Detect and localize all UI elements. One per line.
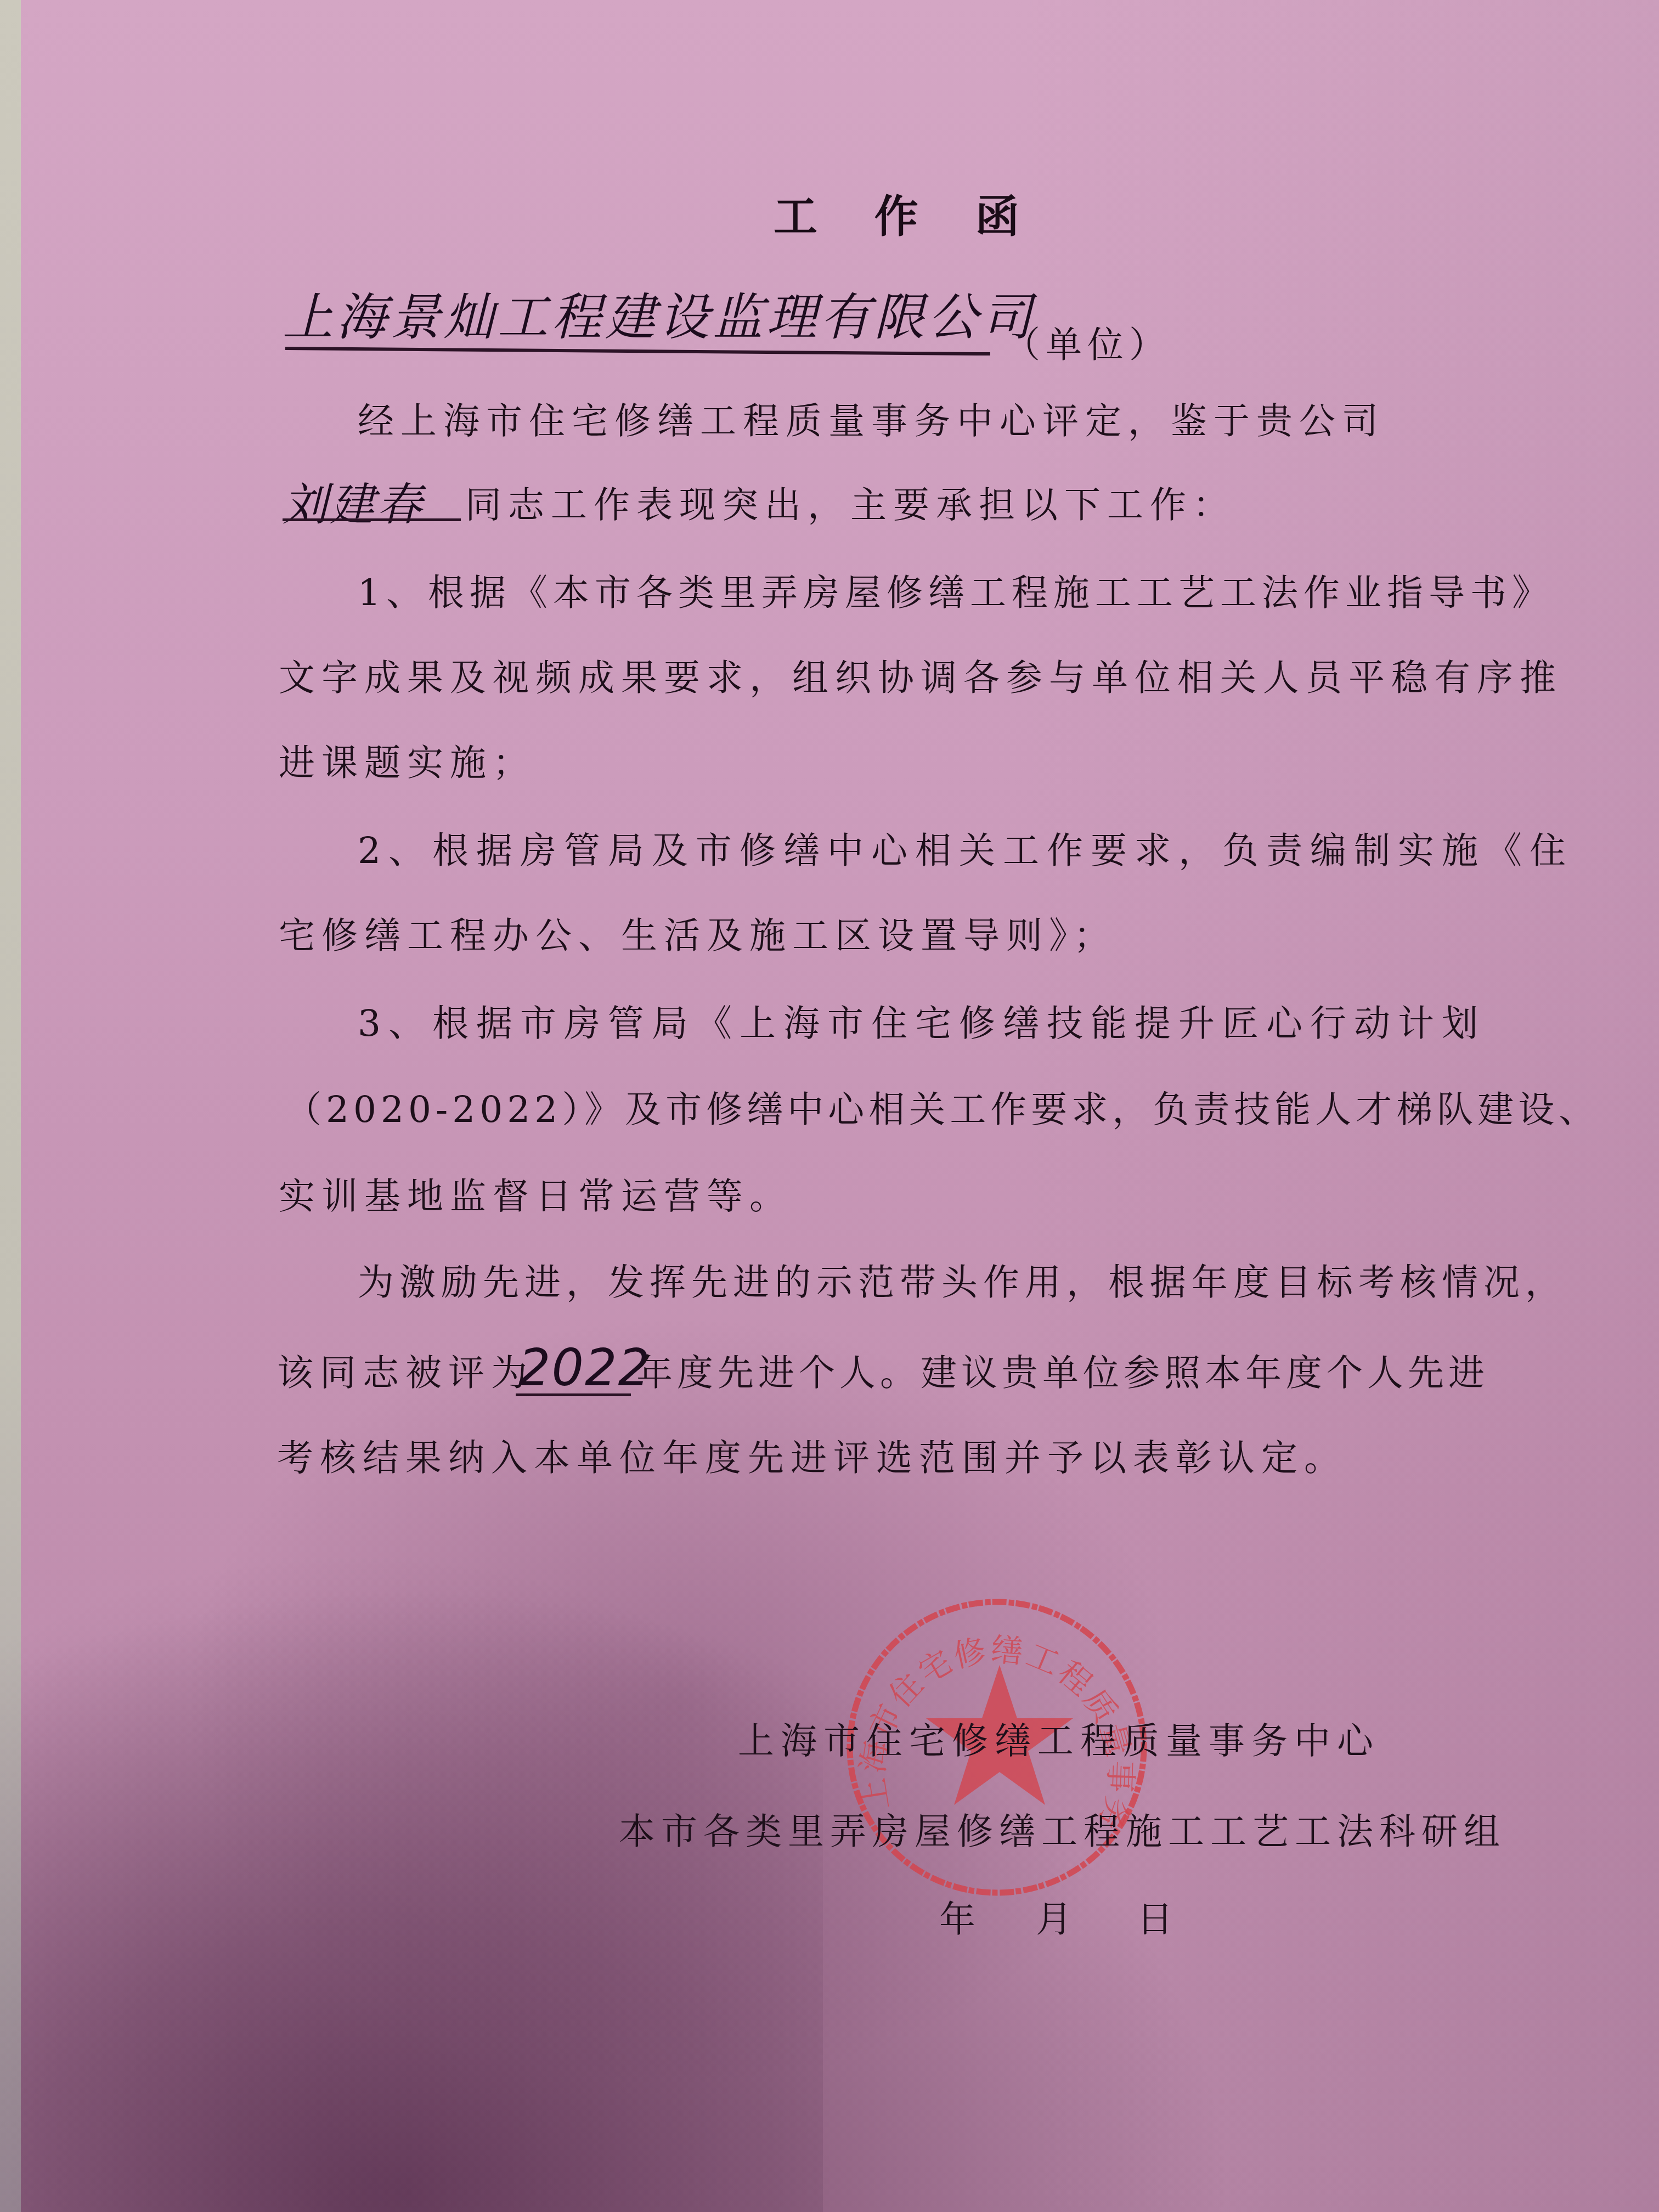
item-3-line-2: （2020-2022）》及市修缮中心相关工作要求，负责技能人才梯队建设、 — [285, 1092, 1599, 1128]
award-year-handwritten: 2022 — [518, 1339, 651, 1397]
intro-line-1: 经上海市住宅修缮工程质量事务中心评定，鉴于贵公司 — [358, 403, 1385, 439]
item-1-line-2: 文字成果及视频成果要求，组织协调各参与单位相关人员平稳有序推 — [279, 660, 1562, 696]
person-name-handwritten: 刘建春 — [283, 469, 424, 533]
date-year-label: 年 — [939, 1890, 975, 1942]
item-3-line-3: 实训基地监督日常运营等。 — [279, 1178, 792, 1215]
signature-org-2: 本市各类里弄房屋修缮工程施工工艺工法科研组 — [619, 1802, 1506, 1854]
item-2-line-2: 宅修缮工程办公、生活及施工区设置导则》； — [279, 918, 1116, 954]
signature-org-1: 上海市住宅修缮工程质量事务中心 — [738, 1712, 1380, 1764]
date-month-label: 月 — [1036, 1890, 1072, 1942]
unit-label: （单位） — [1004, 315, 1171, 368]
conclusion-line-1: 为激励先进，发挥先进的示范带头作用，根据年度目标考核情况， — [358, 1265, 1567, 1301]
recipient-company-handwritten: 上海景灿工程建设监理有限公司 — [283, 277, 1035, 349]
item-1-line-1: 1、根据《本市各类里弄房屋修缮工程施工工艺工法作业指导书》 — [358, 575, 1554, 611]
intro-line-2: 同志工作表现突出，主要承担以下工作： — [465, 487, 1235, 523]
award-year-underline — [516, 1393, 631, 1396]
item-3-line-1: 3、根据市房管局《上海市住宅修缮技能提升匠心行动计划 — [358, 1006, 1486, 1042]
background-surface-strip — [0, 0, 21, 2212]
conclusion-line-2-suffix: 年度先进个人。建议贵单位参照本年度个人先进 — [636, 1355, 1489, 1391]
document-title: 工 作 函 — [774, 181, 1040, 244]
conclusion-line-3: 考核结果纳入本单位年度先进评选范围并予以表彰认定。 — [277, 1440, 1347, 1476]
conclusion-line-2-prefix: 该同志被评为 — [277, 1355, 534, 1391]
item-1-line-3: 进课题实施； — [279, 745, 535, 781]
person-name-underline — [283, 518, 461, 521]
item-2-line-1: 2、根据房管局及市修缮中心相关工作要求，负责编制实施《住 — [358, 833, 1573, 869]
date-day-label: 日 — [1137, 1890, 1173, 1942]
